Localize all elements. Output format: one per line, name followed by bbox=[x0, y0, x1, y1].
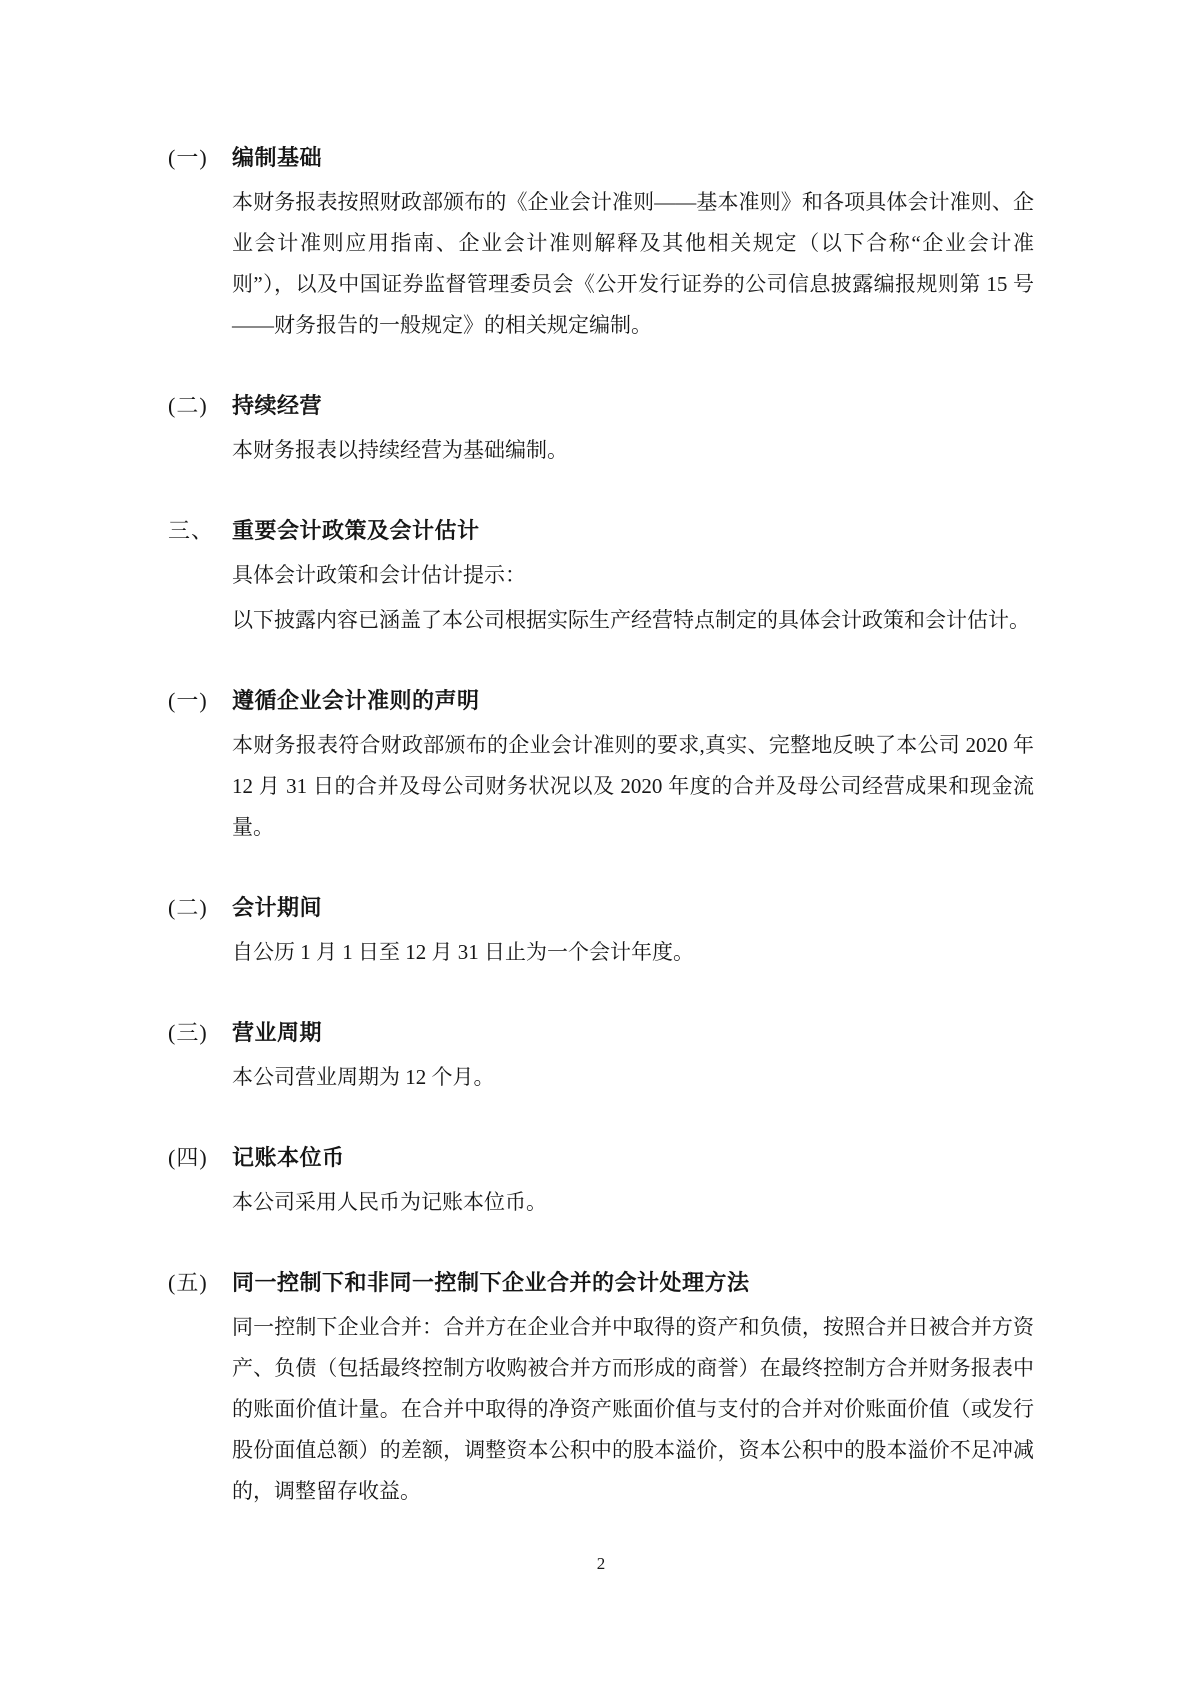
section-body: 具体会计政策和会计估计提示： 以下披露内容已涵盖了本公司根据实际生产经营特点制定… bbox=[232, 555, 1034, 641]
paragraph: 本财务报表按照财政部颁布的《企业会计准则——基本准则》和各项具体会计准则、企业会… bbox=[232, 182, 1034, 346]
section-heading: (五) 同一控制下和非同一控制下企业合并的会计处理方法 bbox=[168, 1263, 1034, 1303]
paragraph: 以下披露内容已涵盖了本公司根据实际生产经营特点制定的具体会计政策和会计估计。 bbox=[232, 600, 1034, 641]
section-marker: 三、 bbox=[168, 511, 232, 551]
section-title: 会计期间 bbox=[232, 888, 322, 928]
section-operating-cycle: (三) 营业周期 本公司营业周期为 12 个月。 bbox=[168, 1013, 1034, 1098]
document-content: (一) 编制基础 本财务报表按照财政部颁布的《企业会计准则——基本准则》和各项具… bbox=[168, 138, 1034, 1576]
section-marker: (三) bbox=[168, 1013, 232, 1053]
section-title: 重要会计政策及会计估计 bbox=[232, 511, 480, 551]
section-title: 营业周期 bbox=[232, 1013, 322, 1053]
section-title: 持续经营 bbox=[232, 386, 322, 426]
section-marker: (四) bbox=[168, 1138, 232, 1178]
section-marker: (一) bbox=[168, 138, 232, 178]
section-title: 遵循企业会计准则的声明 bbox=[232, 681, 480, 721]
section-marker: (一) bbox=[168, 681, 232, 721]
section-heading: (一) 遵循企业会计准则的声明 bbox=[168, 681, 1034, 721]
paragraph: 具体会计政策和会计估计提示： bbox=[232, 555, 1034, 596]
section-business-combinations: (五) 同一控制下和非同一控制下企业合并的会计处理方法 同一控制下企业合并：合并… bbox=[168, 1263, 1034, 1512]
section-body: 本财务报表按照财政部颁布的《企业会计准则——基本准则》和各项具体会计准则、企业会… bbox=[232, 182, 1034, 346]
section-heading: (二) 会计期间 bbox=[168, 888, 1034, 928]
section-body: 本公司采用人民币为记账本位币。 bbox=[232, 1182, 1034, 1223]
section-going-concern: (二) 持续经营 本财务报表以持续经营为基础编制。 bbox=[168, 386, 1034, 471]
section-marker: (五) bbox=[168, 1263, 232, 1303]
section-heading: (三) 营业周期 bbox=[168, 1013, 1034, 1053]
section-compliance-statement: (一) 遵循企业会计准则的声明 本财务报表符合财政部颁布的企业会计准则的要求,真… bbox=[168, 681, 1034, 848]
section-preparation-basis: (一) 编制基础 本财务报表按照财政部颁布的《企业会计准则——基本准则》和各项具… bbox=[168, 138, 1034, 346]
section-marker: (二) bbox=[168, 386, 232, 426]
section-body: 本财务报表符合财政部颁布的企业会计准则的要求,真实、完整地反映了本公司 2020… bbox=[232, 725, 1034, 848]
section-body: 同一控制下企业合并：合并方在企业合并中取得的资产和负债，按照合并日被合并方资产、… bbox=[232, 1307, 1034, 1512]
section-marker: (二) bbox=[168, 888, 232, 928]
section-title: 编制基础 bbox=[232, 138, 322, 178]
section-heading: (一) 编制基础 bbox=[168, 138, 1034, 178]
section-heading: 三、 重要会计政策及会计估计 bbox=[168, 511, 1034, 551]
document-page: (一) 编制基础 本财务报表按照财政部颁布的《企业会计准则——基本准则》和各项具… bbox=[0, 0, 1200, 1696]
page-number: 2 bbox=[168, 1552, 1034, 1576]
section-body: 本公司营业周期为 12 个月。 bbox=[232, 1057, 1034, 1098]
paragraph: 本财务报表以持续经营为基础编制。 bbox=[232, 430, 1034, 471]
section-heading: (四) 记账本位币 bbox=[168, 1138, 1034, 1178]
section-heading: (二) 持续经营 bbox=[168, 386, 1034, 426]
paragraph: 本公司采用人民币为记账本位币。 bbox=[232, 1182, 1034, 1223]
paragraph: 本财务报表符合财政部颁布的企业会计准则的要求,真实、完整地反映了本公司 2020… bbox=[232, 725, 1034, 848]
section-title: 同一控制下和非同一控制下企业合并的会计处理方法 bbox=[232, 1263, 750, 1303]
paragraph: 本公司营业周期为 12 个月。 bbox=[232, 1057, 1034, 1098]
section-significant-policies: 三、 重要会计政策及会计估计 具体会计政策和会计估计提示： 以下披露内容已涵盖了… bbox=[168, 511, 1034, 641]
section-accounting-period: (二) 会计期间 自公历 1 月 1 日至 12 月 31 日止为一个会计年度。 bbox=[168, 888, 1034, 973]
section-title: 记账本位币 bbox=[232, 1138, 345, 1178]
section-body: 自公历 1 月 1 日至 12 月 31 日止为一个会计年度。 bbox=[232, 932, 1034, 973]
section-body: 本财务报表以持续经营为基础编制。 bbox=[232, 430, 1034, 471]
section-functional-currency: (四) 记账本位币 本公司采用人民币为记账本位币。 bbox=[168, 1138, 1034, 1223]
paragraph: 同一控制下企业合并：合并方在企业合并中取得的资产和负债，按照合并日被合并方资产、… bbox=[232, 1307, 1034, 1512]
paragraph: 自公历 1 月 1 日至 12 月 31 日止为一个会计年度。 bbox=[232, 932, 1034, 973]
